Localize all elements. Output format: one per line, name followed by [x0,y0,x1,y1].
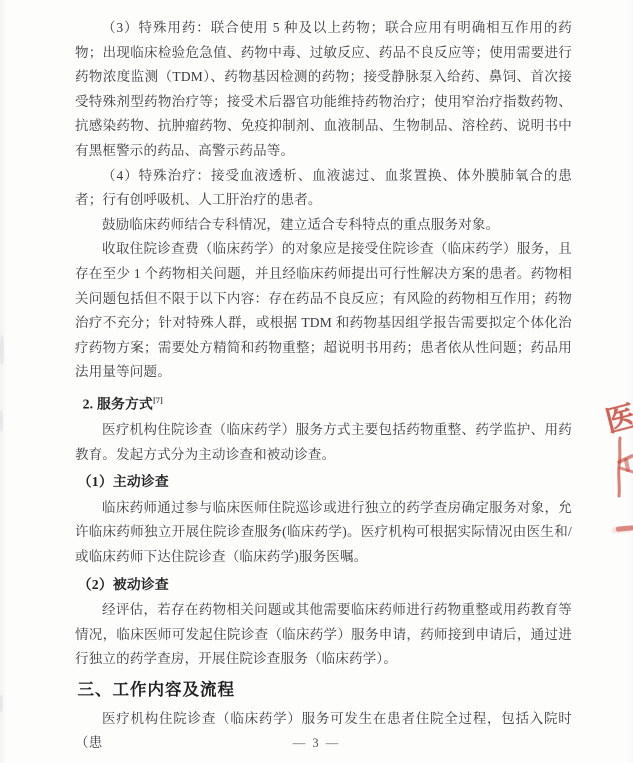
red-seal-stamp-fragment [616,525,633,532]
red-seal-stamp-character: 医 [600,391,633,441]
scanned-document-page: （3）特殊用药：联合使用 5 种及以上药物；联合应用有明确相互作用的药物；出现临… [0,0,633,763]
document-body: （3）特殊用药：联合使用 5 种及以上药物；联合应用有明确相互作用的药物；出现临… [75,16,572,756]
heading-work-content: 三、工作内容及流程 [75,678,572,703]
paragraph-service-mode-intro: 医疗机构住院诊查（临床药学）服务方式主要包括药物重整、药学监护、用药教育。发起方… [75,418,572,467]
heading-passive-check: （2）被动诊查 [75,573,572,598]
footnote-marker: [7] [153,395,163,405]
paragraph-active-detail: 临床药师通过参与临床医师住院巡诊或进行独立的药学查房确定服务对象，允许临床药师独… [75,496,572,570]
heading-active-check: （1）主动诊查 [75,470,572,495]
paragraph-encourage-specialty: 鼓励临床药师结合专科情况，建立适合专科特点的重点服务对象。 [75,213,572,238]
paragraph-special-treatment: （4）特殊治疗：接受血液透析、血液滤过、血浆置换、体外膜肺氧合的患者；行有创呼吸… [75,164,572,213]
paragraph-special-medication: （3）特殊用药：联合使用 5 种及以上药物；联合应用有明确相互作用的药物；出现临… [75,16,572,164]
heading-service-mode-text: 2. 服务方式 [83,397,153,412]
scan-artifact [0,335,4,365]
red-seal-stamp-strokes-icon [606,436,633,498]
scan-artifact [0,410,3,432]
scan-artifact [0,695,3,713]
paragraph-passive-detail: 经评估，若存在药物相关问题或其他需要临床药师进行药物重整或用药教育等情况，临床医… [75,598,572,672]
paragraph-fee-target: 收取住院诊查费（临床药学）的对象应是接受住院诊查（临床药学）服务，且存在至少 1… [75,237,572,385]
heading-service-mode: 2. 服务方式[7] [75,388,572,417]
page-number: — 3 — [0,736,633,751]
